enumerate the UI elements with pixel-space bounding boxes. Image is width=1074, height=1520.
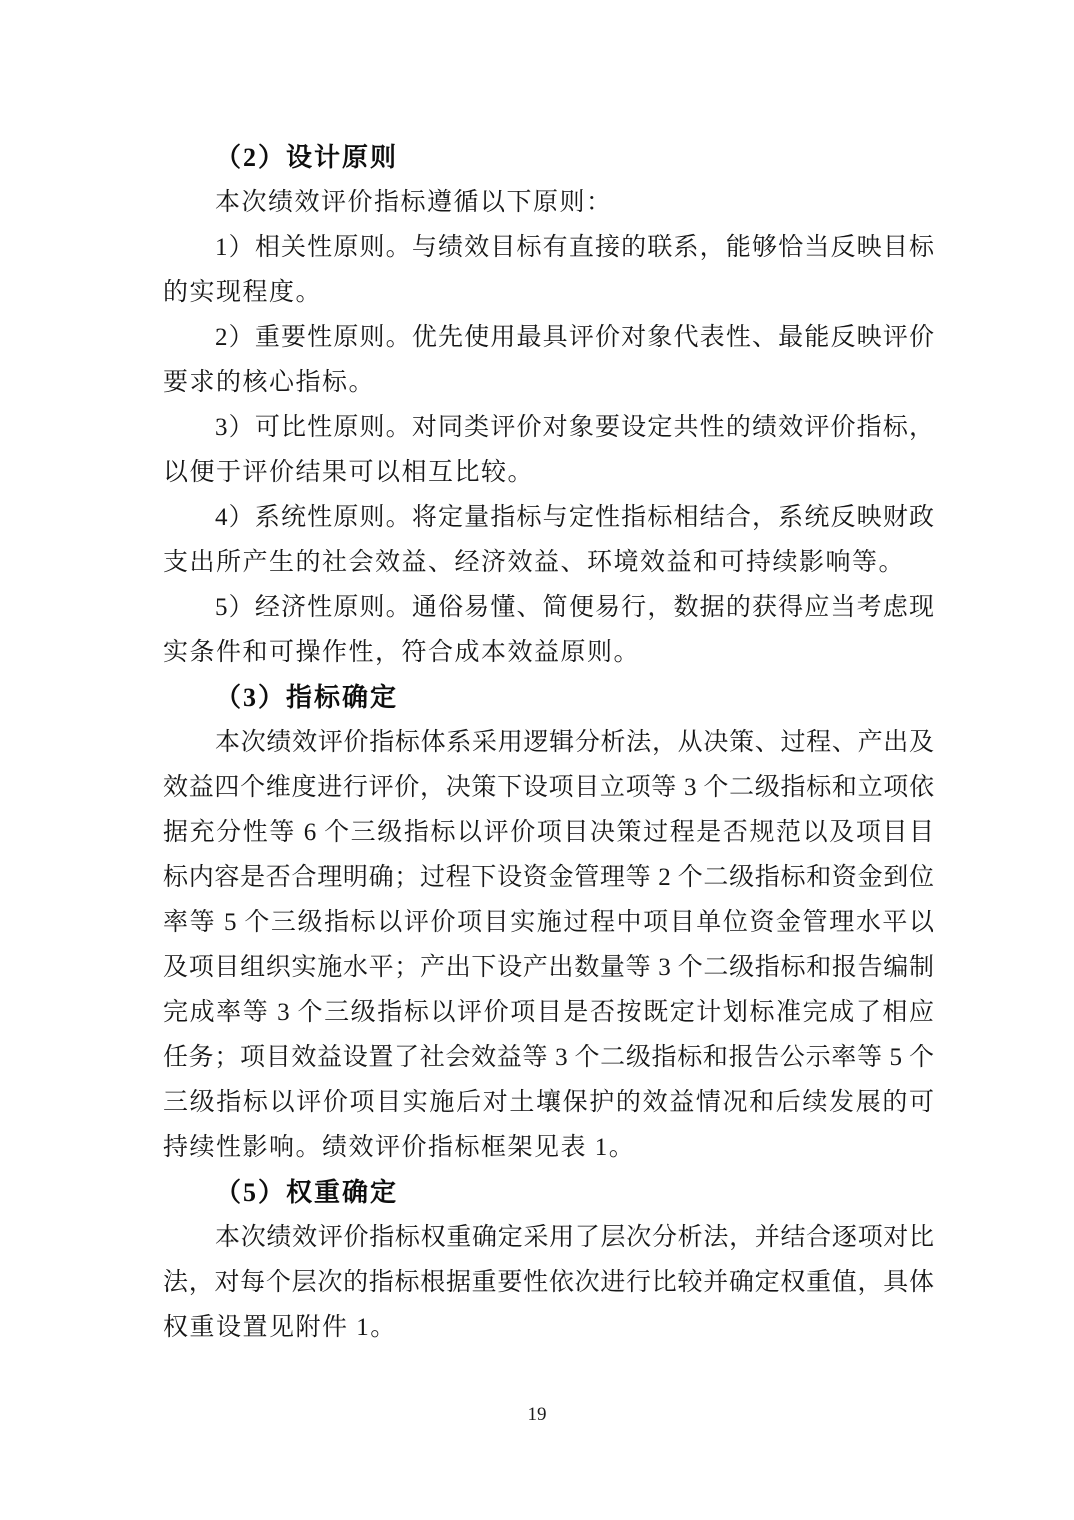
text-line: 本次绩效评价指标体系采用逻辑分析法，从决策、过程、产出及	[163, 720, 934, 765]
section-heading: （5）权重确定	[163, 1170, 934, 1215]
text-line: 4）系统性原则。将定量指标与定性指标相结合，系统反映财政	[163, 495, 934, 540]
text-line: 据充分性等 6 个三级指标以评价项目决策过程是否规范以及项目目	[163, 810, 934, 855]
text-line: 效益四个维度进行评价，决策下设项目立项等 3 个二级指标和立项依	[163, 765, 934, 810]
text-line: 要求的核心指标。	[163, 360, 934, 405]
text-line: 及项目组织实施水平；产出下设产出数量等 3 个二级指标和报告编制	[163, 945, 934, 990]
text-line: 支出所产生的社会效益、经济效益、环境效益和可持续影响等。	[163, 540, 934, 585]
text-line: 权重设置见附件 1。	[163, 1305, 934, 1350]
text-line: 持续性影响。绩效评价指标框架见表 1。	[163, 1125, 934, 1170]
text-line: 以便于评价结果可以相互比较。	[163, 450, 934, 495]
text-line: 标内容是否合理明确；过程下设资金管理等 2 个二级指标和资金到位	[163, 855, 934, 900]
text-line: 本次绩效评价指标权重确定采用了层次分析法，并结合逐项对比	[163, 1215, 934, 1260]
text-line: 完成率等 3 个三级指标以评价项目是否按既定计划标准完成了相应	[163, 990, 934, 1035]
page-number: 19	[0, 1400, 1074, 1430]
text-line: 2）重要性原则。优先使用最具评价对象代表性、最能反映评价	[163, 315, 934, 360]
document-page: （2）设计原则本次绩效评价指标遵循以下原则：1）相关性原则。与绩效目标有直接的联…	[0, 0, 1074, 1520]
document-body: （2）设计原则本次绩效评价指标遵循以下原则：1）相关性原则。与绩效目标有直接的联…	[163, 135, 934, 1350]
text-line: 的实现程度。	[163, 270, 934, 315]
section-heading: （3）指标确定	[163, 675, 934, 720]
text-line: 率等 5 个三级指标以评价项目实施过程中项目单位资金管理水平以	[163, 900, 934, 945]
text-line: 3）可比性原则。对同类评价对象要设定共性的绩效评价指标，	[163, 405, 934, 450]
text-line: 实条件和可操作性，符合成本效益原则。	[163, 630, 934, 675]
text-line: 本次绩效评价指标遵循以下原则：	[163, 180, 934, 225]
text-line: 1）相关性原则。与绩效目标有直接的联系，能够恰当反映目标	[163, 225, 934, 270]
text-line: 5）经济性原则。通俗易懂、简便易行，数据的获得应当考虑现	[163, 585, 934, 630]
text-line: 任务；项目效益设置了社会效益等 3 个二级指标和报告公示率等 5 个	[163, 1035, 934, 1080]
section-heading: （2）设计原则	[163, 135, 934, 180]
text-line: 三级指标以评价项目实施后对土壤保护的效益情况和后续发展的可	[163, 1080, 934, 1125]
text-line: 法，对每个层次的指标根据重要性依次进行比较并确定权重值，具体	[163, 1260, 934, 1305]
